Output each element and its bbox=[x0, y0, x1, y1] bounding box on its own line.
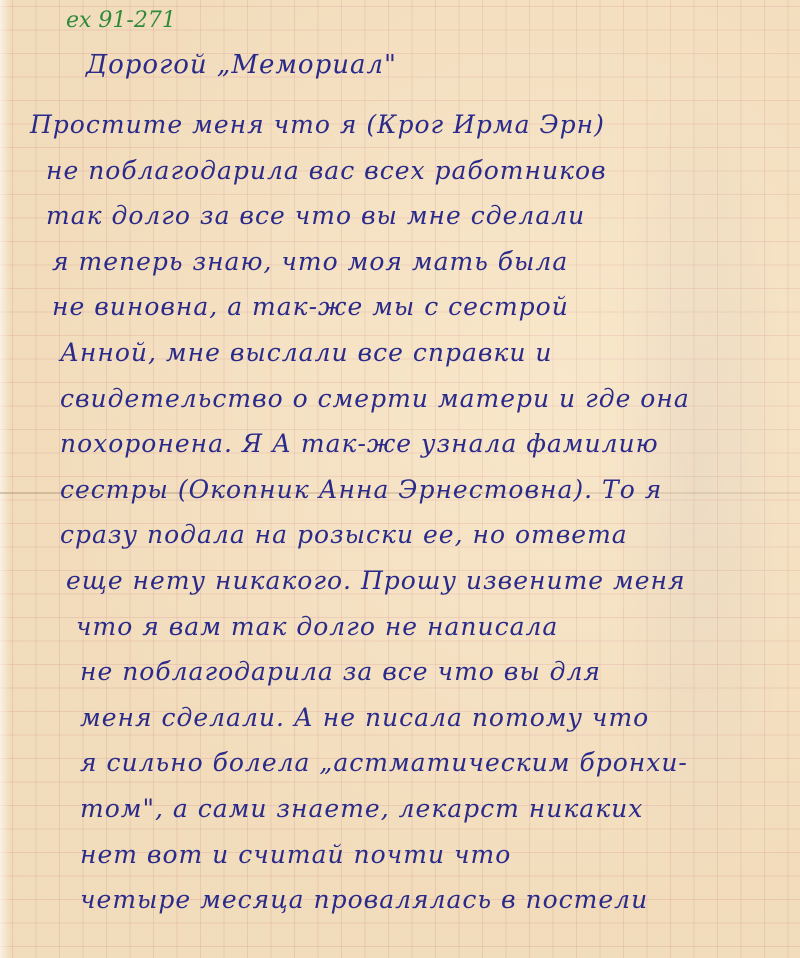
greeting: Дорогой „Мемориал" bbox=[86, 50, 397, 80]
letter-line: что я вам так долго не написала bbox=[76, 612, 558, 641]
letter-line: сестры (Окопник Анна Эрнестовна). То я bbox=[60, 475, 662, 504]
letter-line: не виновна, а так-же мы с сестрой bbox=[52, 292, 569, 321]
letter-line: я сильно болела „астматическим бронхи- bbox=[80, 748, 688, 777]
letter-line: том", а сами знаете, лекарст никаких bbox=[80, 794, 643, 823]
ink-bleed-through bbox=[610, 20, 790, 920]
torn-edge bbox=[0, 0, 10, 958]
letter-line: еще нету никакого. Прошу извените меня bbox=[66, 566, 686, 595]
letter-line: так долго за все что вы мне сделали bbox=[46, 201, 585, 230]
letter-line: сразу подала на розыски ее, но ответа bbox=[60, 520, 628, 549]
letter-line: нет вот и считай почти что bbox=[80, 840, 511, 869]
reference-number: ex 91-271 bbox=[66, 8, 176, 33]
letter-line: четыре месяца провалялась в постели bbox=[80, 885, 648, 914]
letter-line: не поблагодарила за все что вы для bbox=[80, 657, 601, 686]
letter-line: меня сделали. А не писала потому что bbox=[80, 703, 649, 732]
letter-page: ex 91-271 Дорогой „Мемориал" Простите ме… bbox=[0, 0, 800, 958]
letter-line: свидетельство о смерти матери и где она bbox=[60, 384, 690, 413]
letter-line: я теперь знаю, что моя мать была bbox=[52, 247, 568, 276]
letter-line: похоронена. Я А так-же узнала фамилию bbox=[60, 429, 659, 458]
letter-line: Анной, мне выслали все справки и bbox=[60, 338, 553, 367]
letter-line: не поблагодарила вас всех работников bbox=[46, 156, 607, 185]
letter-line: Простите меня что я (Крог Ирма Эрн) bbox=[30, 110, 605, 139]
